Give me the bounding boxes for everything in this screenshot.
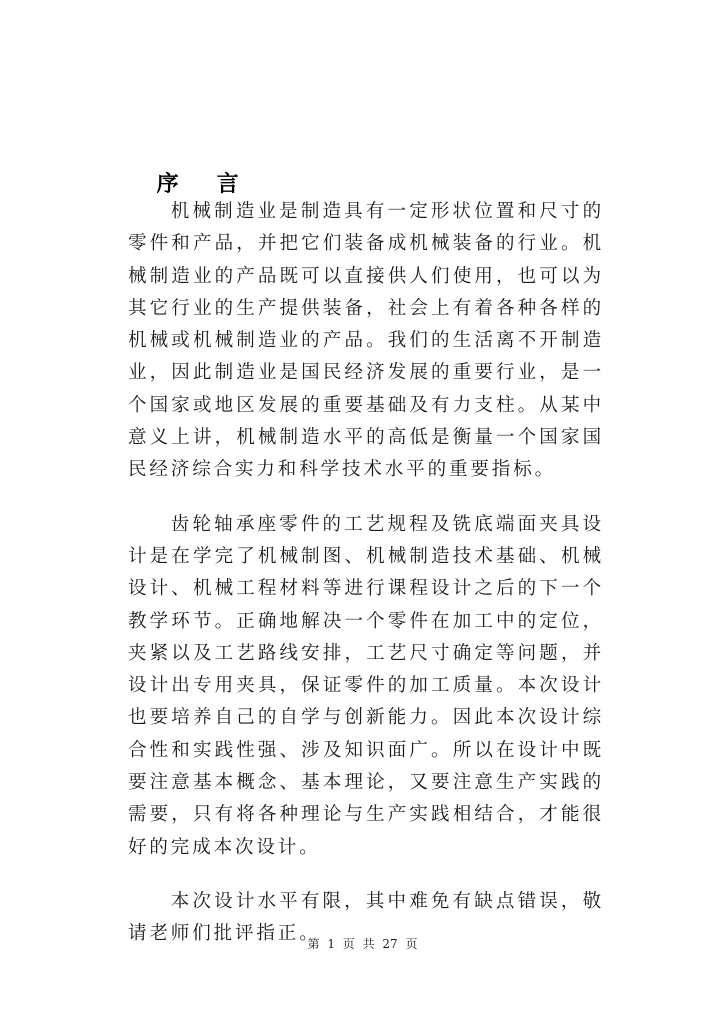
document-page: 序言 机械制造业是制造具有一定形状位置和尺寸的零件和产品，并把它们装备成机械装备… bbox=[0, 0, 725, 1024]
page-footer: 第 1 页 共 27 页 bbox=[0, 936, 725, 952]
paragraph-intro: 机械制造业是制造具有一定形状位置和尺寸的零件和产品，并把它们装备成机械装备的行业… bbox=[128, 196, 604, 487]
document-body: 机械制造业是制造具有一定形状位置和尺寸的零件和产品，并把它们装备成机械装备的行业… bbox=[128, 196, 604, 951]
paragraph-design-purpose: 齿轮轴承座零件的工艺规程及铣底端面夹具设计是在学完了机械制图、机械制造技术基础、… bbox=[128, 509, 604, 864]
